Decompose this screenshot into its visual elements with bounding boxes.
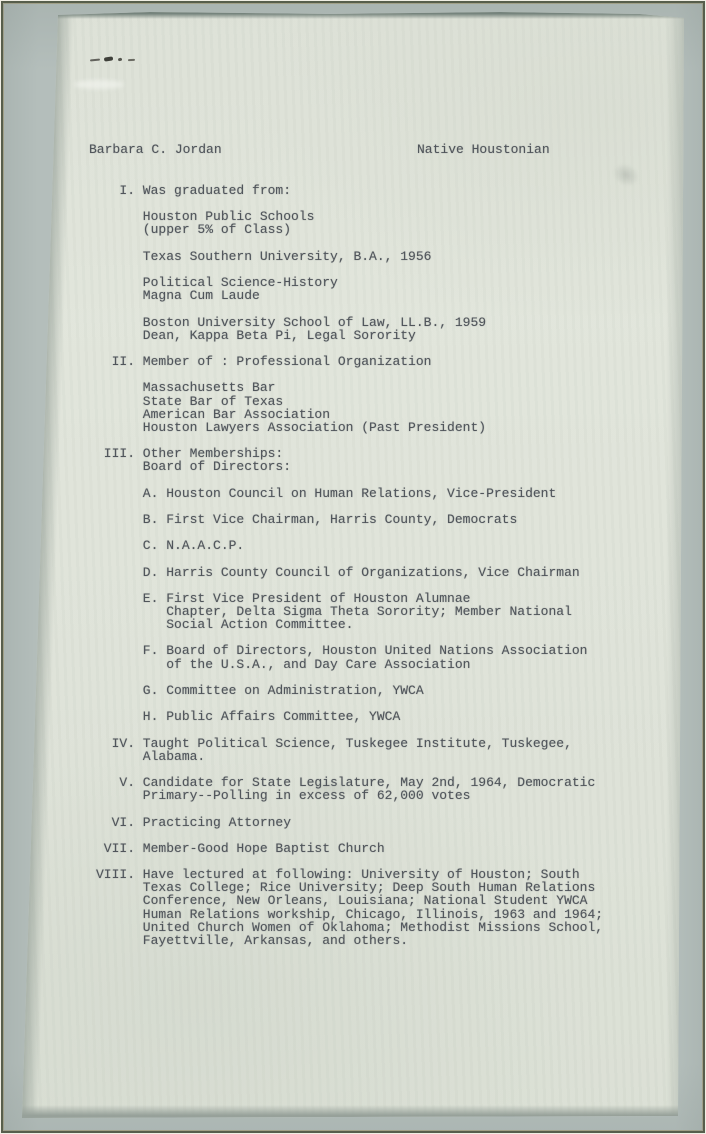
eraser-smudge: [74, 80, 124, 89]
pencil-mark: [128, 58, 135, 60]
document-page: Barbara C. Jordan Native Houstonian I. W…: [0, 0, 706, 1134]
pencil-mark: [118, 58, 122, 61]
pencil-mark: [104, 56, 113, 61]
document-title-descriptor: Native Houstonian: [417, 143, 550, 156]
paper-edge-shadow-bottom: [0, 1105, 706, 1118]
faint-smudge: [608, 159, 643, 192]
document-body-text: I. Was graduated from: Houston Public Sc…: [96, 184, 603, 947]
pencil-mark: [90, 58, 100, 61]
document-title-name: Barbara C. Jordan: [89, 143, 222, 156]
scanned-document: Barbara C. Jordan Native Houstonian I. W…: [0, 0, 706, 1134]
